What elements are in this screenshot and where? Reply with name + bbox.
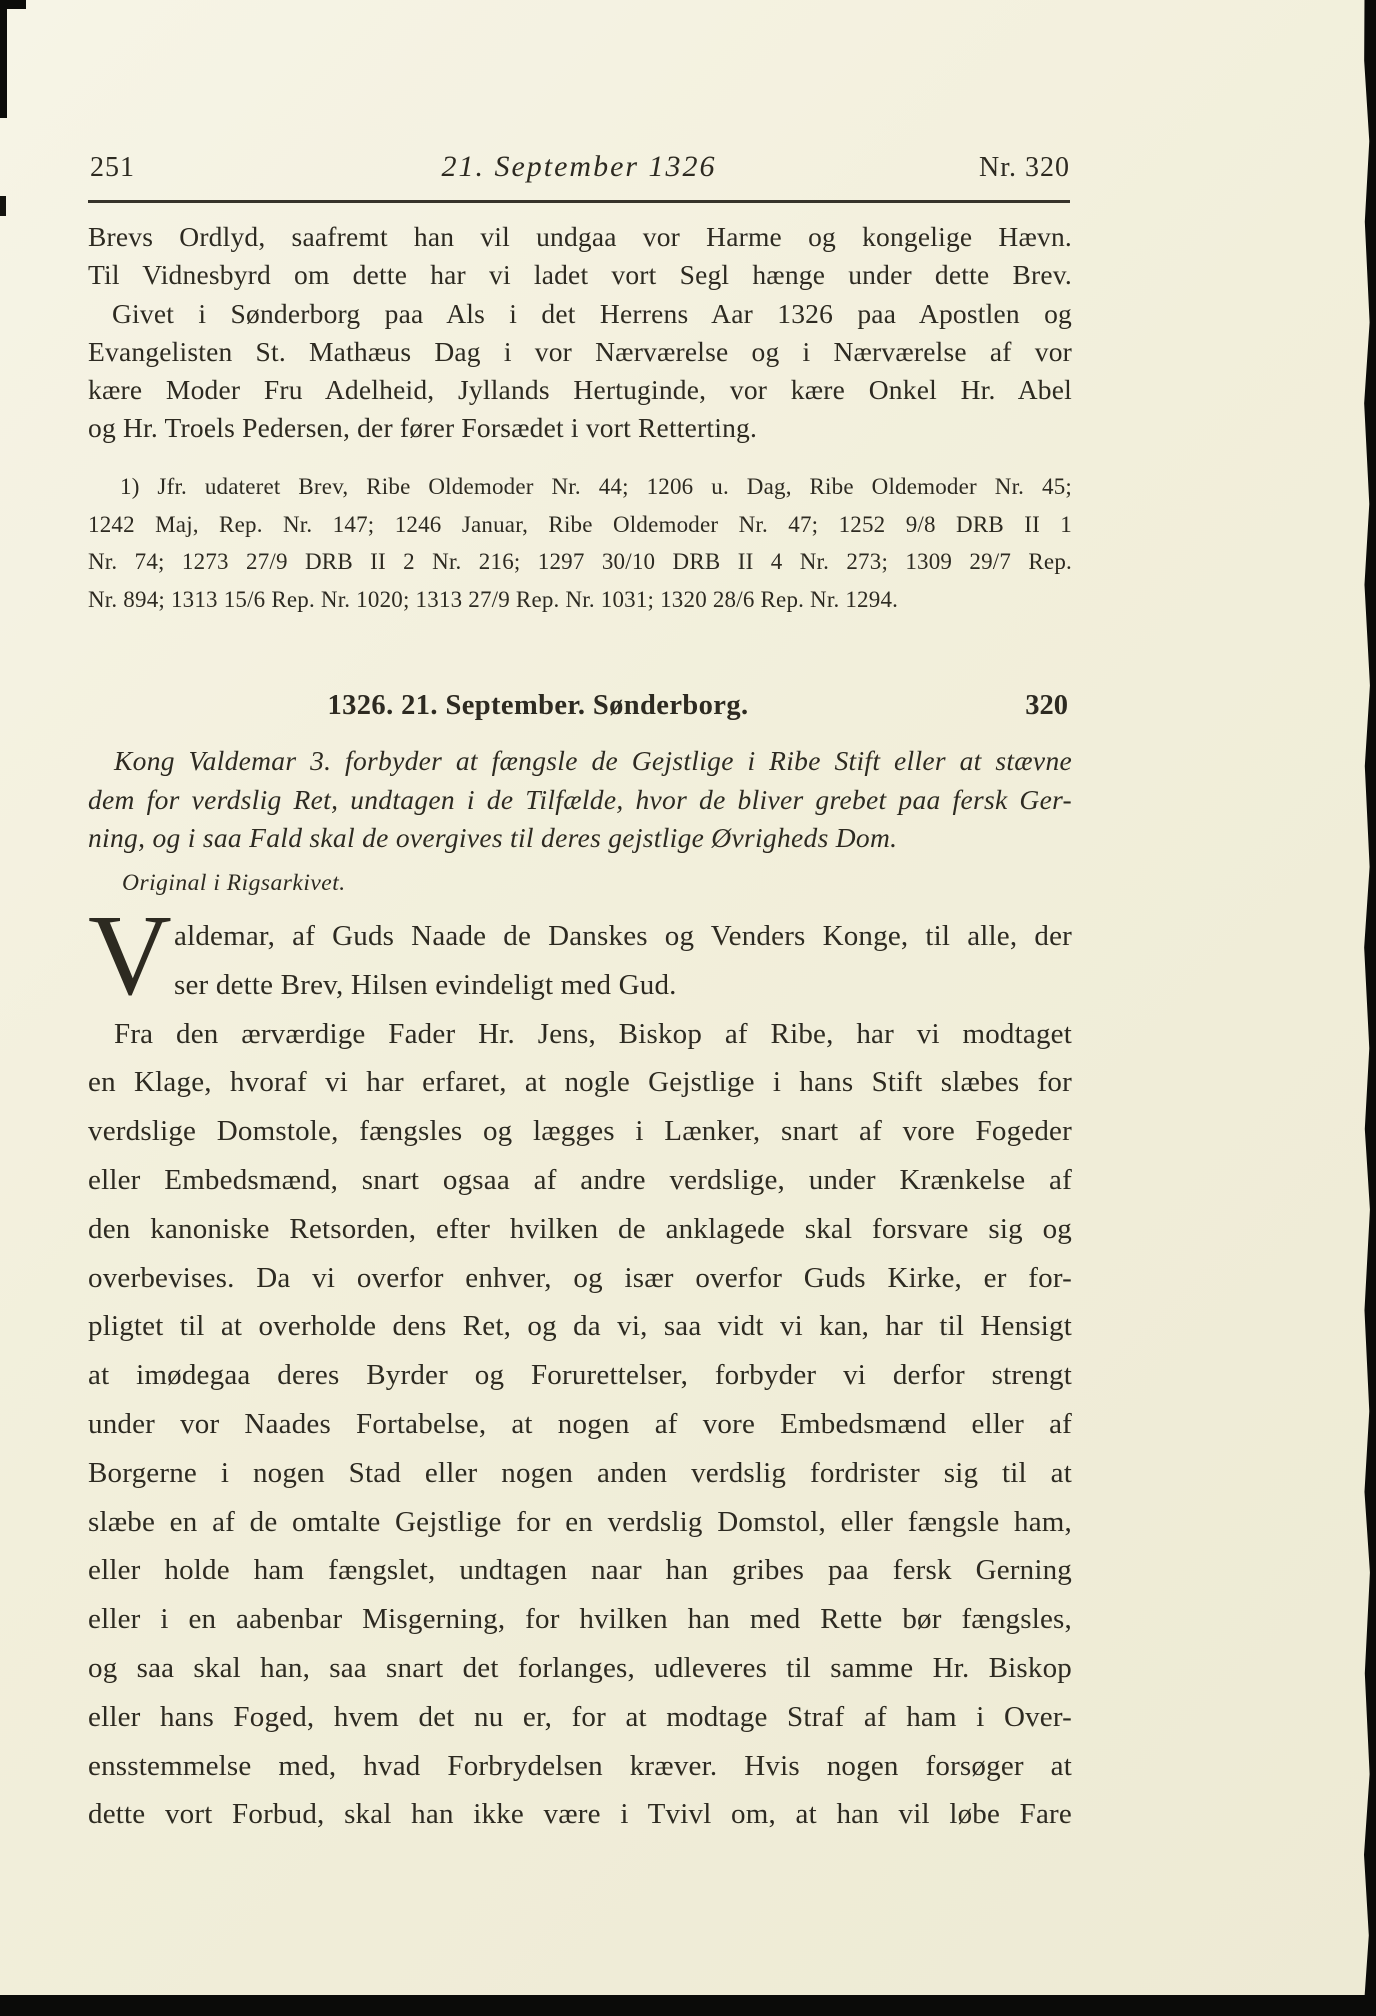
footnote-line: 1) Jfr. udateret Brev, Ribe Oldemoder Nr… — [88, 468, 1072, 506]
text-line: eller i en aabenbar Misgerning, for hvil… — [88, 1595, 1072, 1644]
text-line: overbevises. Da vi overfor enhver, og is… — [88, 1254, 1072, 1303]
scan-edge-left-mark — [0, 196, 6, 216]
drop-cap: V — [88, 912, 174, 1009]
text-line: verdslige Domstole, fængsles og lægges i… — [88, 1107, 1072, 1156]
text-line: at imødegaa deres Byrder og Forurettelse… — [88, 1351, 1072, 1400]
text-line: ser dette Brev, Hilsen evindeligt med Gu… — [88, 961, 1072, 1010]
text-line: Til Vidnesbyrd om dette har vi ladet vor… — [88, 256, 1072, 294]
text-line: eller hans Foged, hvem det nu er, for at… — [88, 1693, 1072, 1742]
document-summary: Kong Valdemar 3. forbyder at fængsle de … — [88, 742, 1072, 858]
text-line: Borgerne i nogen Stad eller nogen anden … — [88, 1449, 1072, 1498]
running-title: 21. September 1326 — [88, 150, 1070, 184]
footnote-block: 1) Jfr. udateret Brev, Ribe Oldemoder Nr… — [88, 468, 1072, 618]
scan-edge-left — [0, 0, 7, 118]
document-heading: 1326. 21. September. Sønderborg. 320 — [88, 690, 1070, 730]
document-number-header: Nr. 320 — [979, 152, 1070, 184]
document-heading-number: 320 — [1025, 690, 1068, 722]
text-line: dette vort Forbud, skal han ikke være i … — [88, 1790, 1072, 1839]
text-line: Fra den ærværdige Fader Hr. Jens, Biskop… — [88, 1010, 1072, 1059]
text-line: under vor Naades Fortabelse, at nogen af… — [88, 1400, 1072, 1449]
text-line: ensstemmelse med, hvad Forbrydelsen kræv… — [88, 1742, 1072, 1791]
scan-edge-right — [1360, 0, 1376, 2016]
footnote-line: Nr. 74; 1273 27/9 DRB II 2 Nr. 216; 1297… — [88, 543, 1072, 581]
text-line: Givet i Sønderborg paa Als i det Herrens… — [88, 295, 1072, 333]
source-note: Original i Rigsarkivet. — [88, 870, 1070, 900]
text-line: pligtet til at overholde dens Ret, og da… — [88, 1302, 1072, 1351]
text-line: slæbe en af de omtalte Gejstlige for en … — [88, 1498, 1072, 1547]
text-line: eller Embedsmænd, snart ogsaa af andre v… — [88, 1156, 1072, 1205]
page-header: 251 21. September 1326 Nr. 320 — [88, 150, 1070, 190]
scan-edge-bottom — [0, 1995, 1376, 2016]
previous-document-body: Brevs Ordlyd, saafremt han vil undgaa vo… — [88, 218, 1072, 448]
text-line: eller holde ham fængslet, undtagen naar … — [88, 1546, 1072, 1595]
summary-line: ning, og i saa Fald skal de overgives ti… — [88, 819, 1072, 858]
text-line: og saa skal han, saa snart det forlanges… — [88, 1644, 1072, 1693]
document-body: V aldemar, af Guds Naade de Danskes og V… — [88, 912, 1072, 1839]
text-line: kære Moder Fru Adelheid, Jyllands Hertug… — [88, 371, 1072, 409]
text-line: og Hr. Troels Pedersen, der fører Forsæd… — [88, 409, 1072, 447]
text-line: aldemar, af Guds Naade de Danskes og Ven… — [88, 912, 1072, 961]
text-line: Evangelisten St. Mathæus Dag i vor Nærvæ… — [88, 333, 1072, 371]
text-line: den kanoniske Retsorden, efter hvilken d… — [88, 1205, 1072, 1254]
header-rule — [88, 200, 1070, 203]
document-heading-title: 1326. 21. September. Sønderborg. — [88, 690, 988, 722]
footnote-line: Nr. 894; 1313 15/6 Rep. Nr. 1020; 1313 2… — [88, 581, 1072, 619]
scanned-book-page: 251 21. September 1326 Nr. 320 Brevs Ord… — [0, 0, 1376, 2016]
footnote-line: 1242 Maj, Rep. Nr. 147; 1246 Januar, Rib… — [88, 506, 1072, 544]
text-line: Brevs Ordlyd, saafremt han vil undgaa vo… — [88, 218, 1072, 256]
summary-line: Kong Valdemar 3. forbyder at fængsle de … — [88, 742, 1072, 781]
scan-edge-top-corner — [0, 0, 26, 9]
text-line: en Klage, hvoraf vi har erfaret, at nogl… — [88, 1058, 1072, 1107]
summary-line: dem for verdslig Ret, undtagen i de Tilf… — [88, 781, 1072, 820]
